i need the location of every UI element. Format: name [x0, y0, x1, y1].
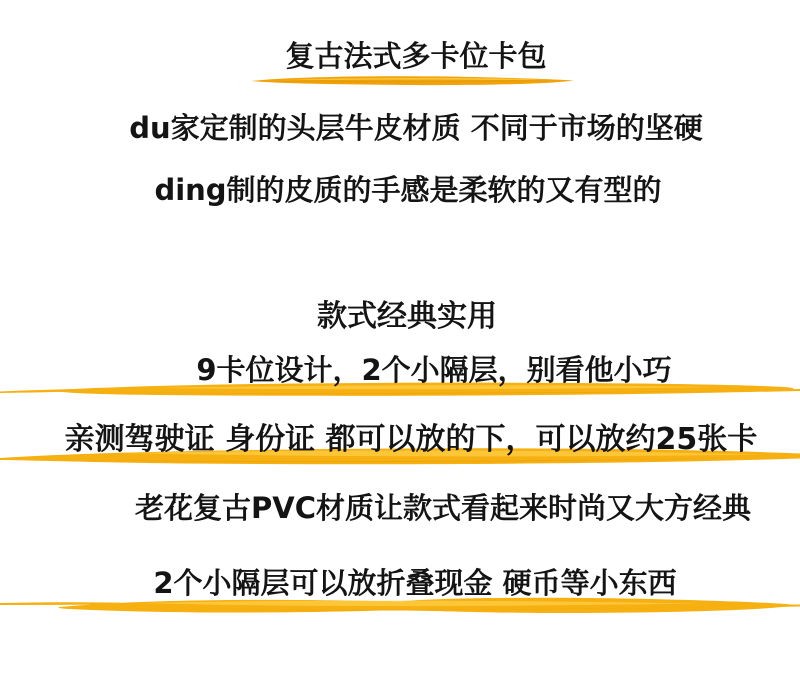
product-description-page: 复古法式多卡位卡包 du家定制的头层牛皮材质 不同于市场的坚硬 ding制的皮质…	[0, 0, 800, 673]
feature-line-1: 9卡位设计，2个小隔层，别看他小巧	[34, 354, 800, 387]
product-title: 复古法式多卡位卡包	[16, 40, 800, 73]
intro-line-1: du家定制的头层牛皮材质 不同于市场的坚硬	[16, 112, 800, 145]
feature-line-4: 2个小隔层可以放折叠现金 硬币等小东西	[15, 567, 800, 600]
section-title: 款式经典实用	[7, 300, 800, 335]
feature-line-3: 老花复古PVC材质让款式看起来时尚又大方经典	[43, 492, 800, 525]
intro-line-2: ding制的皮质的手感是柔软的又有型的	[8, 174, 800, 207]
feature-line-2: 亲测驾驶证 身份证 都可以放的下，可以放约25张卡	[11, 423, 800, 458]
brush-stroke-graphic	[248, 73, 578, 89]
title-brush-underline	[248, 73, 578, 89]
